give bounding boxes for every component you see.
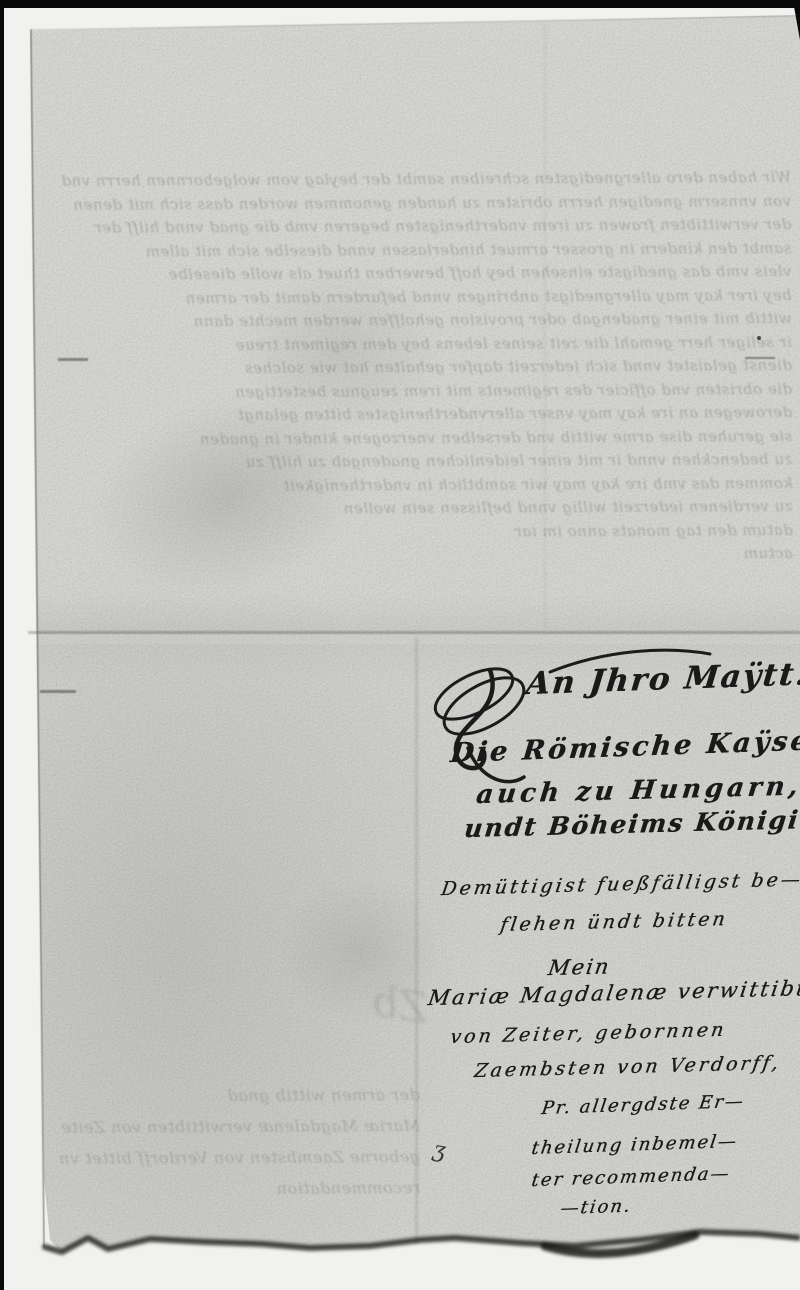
stray-ink-dash: [40, 690, 76, 693]
ghost-line: wittib mit einer gnadengab oder provisio…: [52, 307, 792, 334]
ghost-line: derowegen an ire kay may vnser allervnde…: [52, 401, 792, 428]
ghost-line: recommendation: [60, 1172, 420, 1205]
ghost-line: der armen wittib gnad: [60, 1079, 420, 1112]
request-line: —tion.: [559, 1196, 633, 1220]
ghost-line: zu verdienen iederzeit willig vnnd befli…: [53, 495, 793, 522]
stray-ink-dot: [757, 336, 761, 340]
ghost-line: vleis vmb das gnedigste einsehen bey hof…: [51, 260, 791, 287]
manuscript-scan: Wir haben dero allergnedigsten schreiben…: [0, 0, 800, 1290]
ghost-line: zu bedenckhen vnnd ir mit einer leidenli…: [52, 448, 792, 475]
scan-border-top: [0, 0, 800, 8]
ghost-line: datum den tag monats anno im iar: [53, 519, 793, 546]
ghost-line: geborne Zaembsten von Verdorff bittet vm…: [60, 1141, 420, 1174]
ghost-line: der verwittibten frawen zu irem vnderthe…: [51, 213, 791, 240]
scan-border-left: [0, 0, 4, 1290]
ghost-line: Wir haben dero allergnedigsten schreiben…: [51, 166, 791, 193]
stray-ink-dash: [745, 357, 775, 359]
bleedthrough-text-lower-left: der armen wittib gnadMariæ Magdalenæ ver…: [60, 1079, 421, 1233]
ghost-line: Mariæ Magdalenæ verwittibten von Zeiter: [60, 1110, 420, 1143]
petition-line: Mein: [546, 954, 612, 980]
bleedthrough-text-upper: Wir haben dero allergnedigsten schreiben…: [51, 166, 793, 580]
stray-ink-dash: [58, 358, 88, 361]
ghost-line: dienst gelaistet vnnd sich iederzeit dap…: [52, 354, 792, 381]
ghost-line: actum: [53, 542, 793, 569]
